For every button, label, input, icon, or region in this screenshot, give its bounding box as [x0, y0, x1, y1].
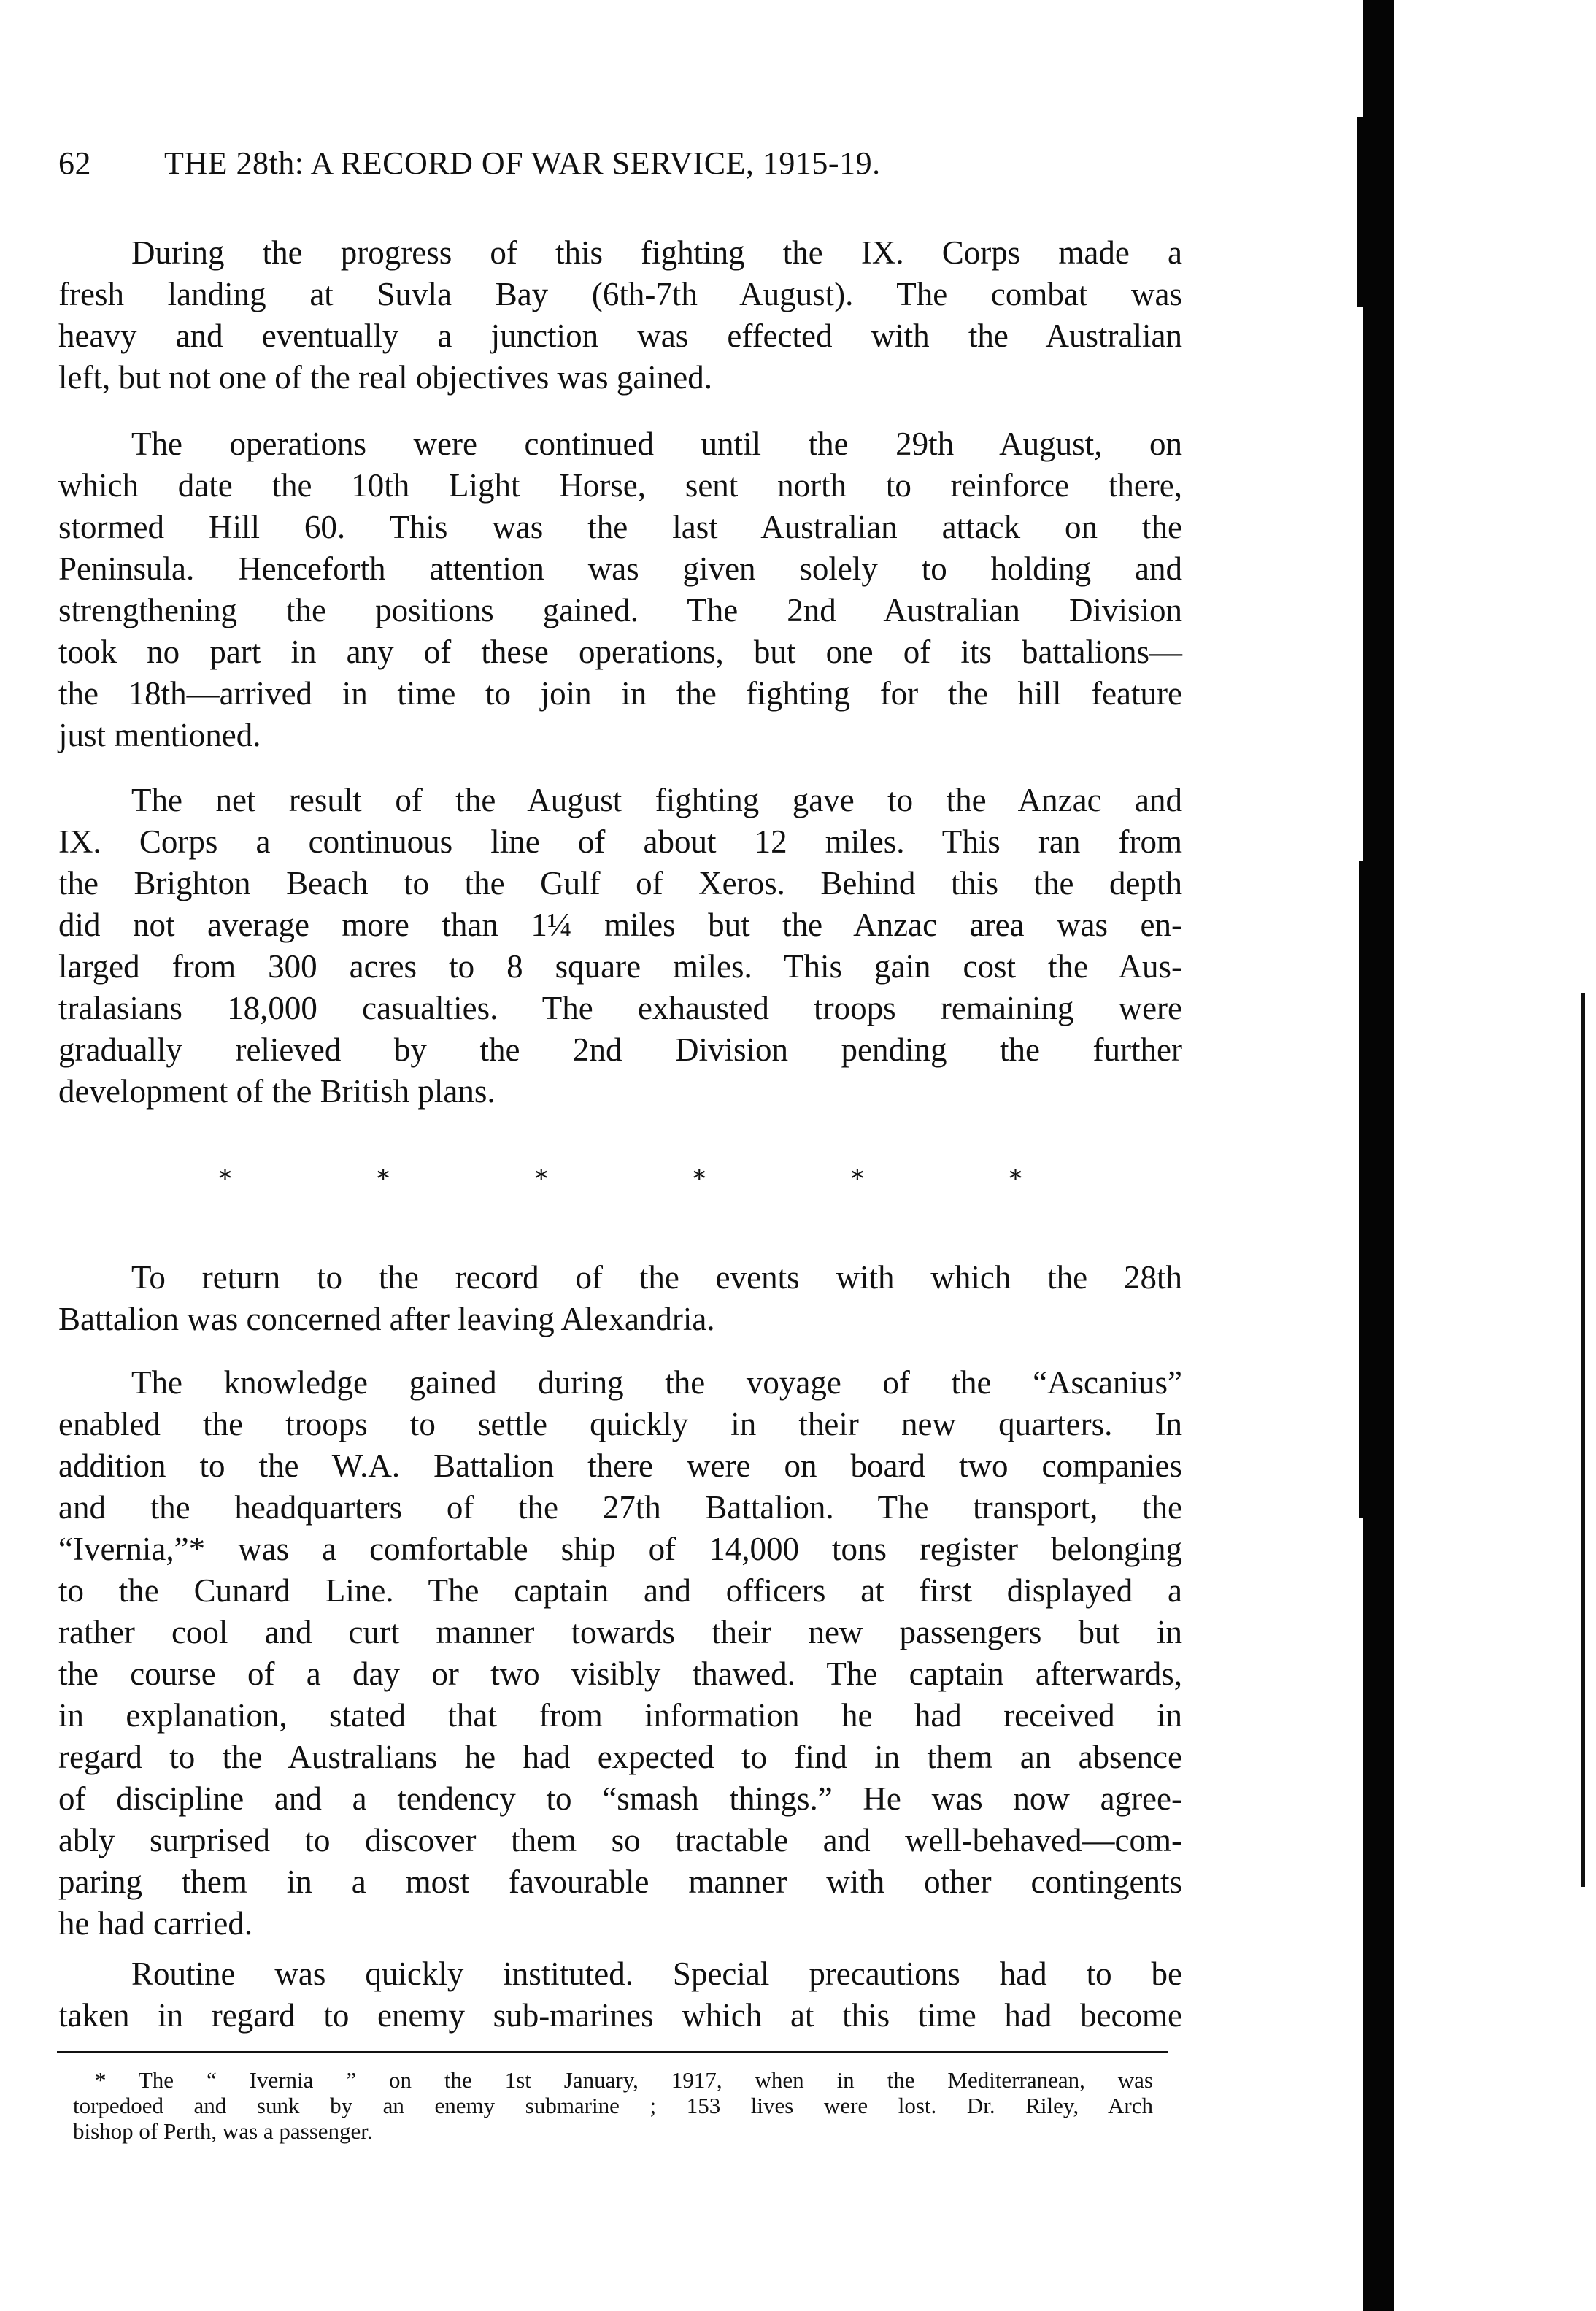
footnote-line: torpedoed and sunk by an enemy submarine…: [73, 2093, 1153, 2118]
text-line: in explanation, stated that from informa…: [58, 1695, 1182, 1737]
text-line: gradually relieved by the 2nd Division p…: [58, 1029, 1182, 1071]
page-edge-shadow-bulge: [1359, 861, 1378, 1518]
text-line: fresh landing at Suvla Bay (6th-7th Augu…: [58, 274, 1182, 315]
text-line: he had carried.: [58, 1903, 1182, 1945]
asterisk: *: [693, 1164, 706, 1201]
text-line: The operations were continued until the …: [58, 423, 1182, 465]
footnote-line: * The “ Ivernia ” on the 1st January, 19…: [73, 2067, 1153, 2093]
asterisk: *: [535, 1164, 547, 1201]
text-line: left, but not one of the real objectives…: [58, 357, 1182, 399]
text-line: taken in regard to enemy sub-marines whi…: [58, 1995, 1182, 2037]
footnote: * The “ Ivernia ” on the 1st January, 19…: [73, 2067, 1153, 2144]
text-line: larged from 300 acres to 8 square miles.…: [58, 946, 1182, 988]
text-line: just mentioned.: [58, 715, 1182, 756]
text-line: to the Cunard Line. The captain and offi…: [58, 1570, 1182, 1612]
text-line: rather cool and curt manner towards thei…: [58, 1612, 1182, 1653]
running-header: 62 THE 28th: A RECORD OF WAR SERVICE, 19…: [58, 145, 1197, 188]
footnote-divider: [57, 2051, 1168, 2053]
asterisk: *: [1009, 1164, 1022, 1201]
asterisk: *: [219, 1164, 231, 1201]
text-line: of discipline and a tendency to “smash t…: [58, 1778, 1182, 1820]
running-title: THE 28th: A RECORD OF WAR SERVICE, 1915-…: [164, 145, 881, 182]
asterisk: *: [851, 1164, 863, 1201]
page-edge-shadow-bulge: [1357, 117, 1373, 307]
text-line: strengthening the positions gained. The …: [58, 590, 1182, 631]
text-line: Peninsula. Henceforth attention was give…: [58, 548, 1182, 590]
text-line: enabled the troops to settle quickly in …: [58, 1404, 1182, 1445]
text-line: During the progress of this fighting the…: [58, 232, 1182, 274]
text-line: tralasians 18,000 casualties. The exhaus…: [58, 988, 1182, 1029]
text-line: The knowledge gained during the voyage o…: [58, 1362, 1182, 1404]
text-line: stormed Hill 60. This was the last Austr…: [58, 507, 1182, 548]
text-line: addition to the W.A. Battalion there wer…: [58, 1445, 1182, 1487]
text-line: which date the 10th Light Horse, sent no…: [58, 465, 1182, 507]
text-line: the 18th—arrived in time to join in the …: [58, 673, 1182, 715]
text-line: paring them in a most favourable manner …: [58, 1861, 1182, 1903]
text-line: Routine was quickly instituted. Special …: [58, 1953, 1182, 1995]
paragraph-return-to-record: To return to the record of the events wi…: [58, 1257, 1182, 1340]
text-line: heavy and eventually a junction was effe…: [58, 315, 1182, 357]
text-line: IX. Corps a continuous line of about 12 …: [58, 821, 1182, 863]
text-line: took no part in any of these operations,…: [58, 631, 1182, 673]
paragraph-routine: Routine was quickly instituted. Special …: [58, 1953, 1182, 2037]
text-line: and the headquarters of the 27th Battali…: [58, 1487, 1182, 1529]
text-line: Battalion was concerned after leaving Al…: [58, 1299, 1182, 1340]
text-line: the course of a day or two visibly thawe…: [58, 1653, 1182, 1695]
paragraph-hill-60: The operations were continued until the …: [58, 423, 1182, 756]
paragraph-ivernia-voyage: The knowledge gained during the voyage o…: [58, 1362, 1182, 1945]
book-page: 62 THE 28th: A RECORD OF WAR SERVICE, 19…: [0, 0, 1596, 2311]
asterisk: *: [377, 1164, 390, 1201]
text-line: ably surprised to discover them so tract…: [58, 1820, 1182, 1861]
text-line: To return to the record of the events wi…: [58, 1257, 1182, 1299]
text-line: the Brighton Beach to the Gulf of Xeros.…: [58, 863, 1182, 904]
section-break: * * * * * *: [219, 1164, 1022, 1201]
paragraph-suvla-landing: During the progress of this fighting the…: [58, 232, 1182, 399]
text-line: regard to the Australians he had expecte…: [58, 1737, 1182, 1778]
footnote-line: bishop of Perth, was a passenger.: [73, 2118, 1153, 2144]
page-number: 62: [58, 145, 91, 182]
text-line: development of the British plans.: [58, 1071, 1182, 1112]
scan-edge-line: [1581, 993, 1585, 1887]
text-line: The net result of the August fighting ga…: [58, 780, 1182, 821]
paragraph-august-result: The net result of the August fighting ga…: [58, 780, 1182, 1112]
text-line: did not average more than 1¼ miles but t…: [58, 904, 1182, 946]
text-line: “Ivernia,”* was a comfortable ship of 14…: [58, 1529, 1182, 1570]
